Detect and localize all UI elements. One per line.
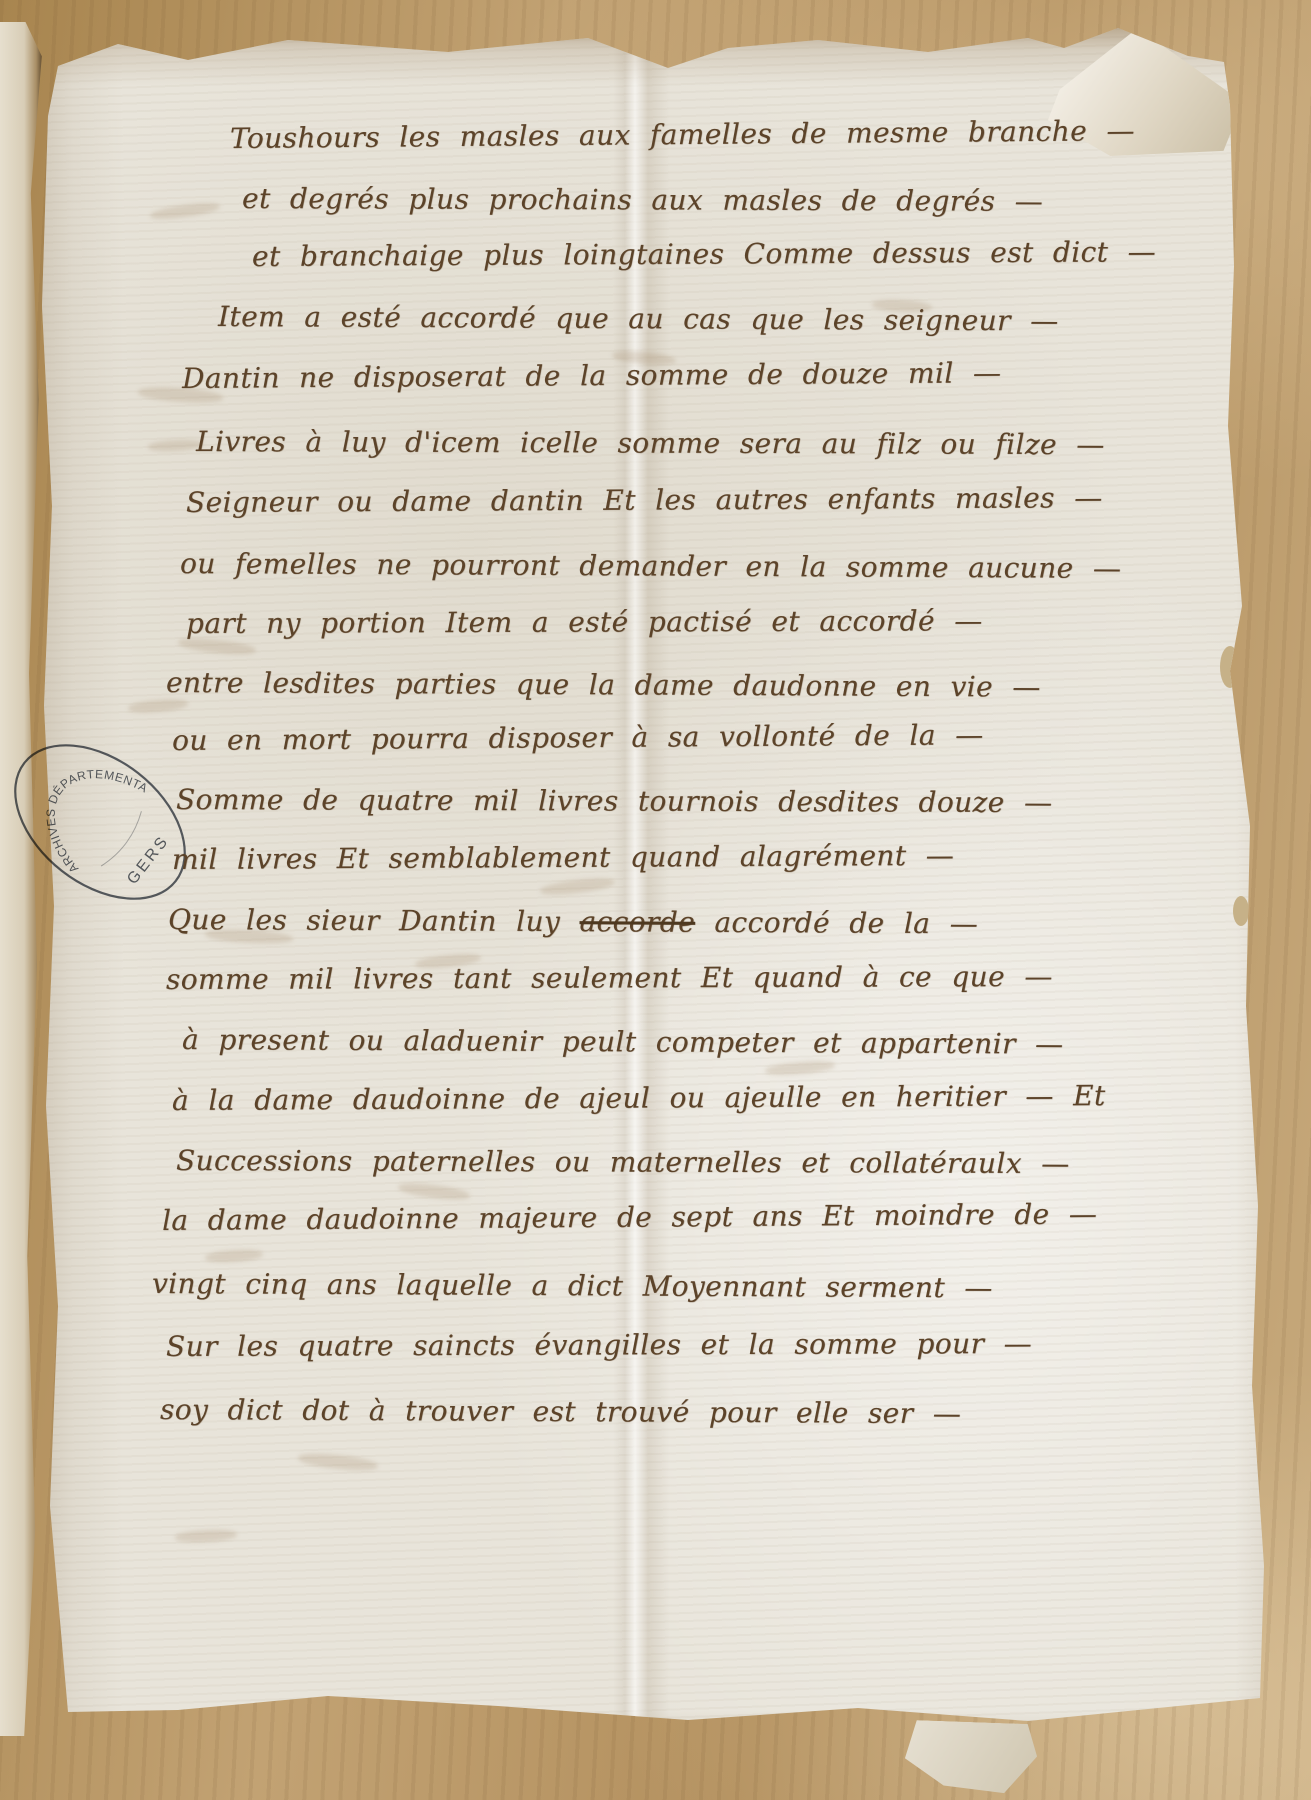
line-text: accordé de la — [695,906,978,940]
line-text: Seigneur ou dame dantin Et les autres en… [186,481,1103,519]
manuscript-line: mil livres Et semblablement quand alagré… [172,839,954,877]
manuscript-line: et branchaige plus loingtaines Comme des… [252,235,1156,273]
line-text: à present ou aladuenir peult competer et… [182,1023,1064,1061]
line-text: et branchaige plus loingtaines Comme des… [252,235,1156,273]
torn-edge-chip [1233,896,1249,926]
stamp-center-text: GERS [124,832,173,888]
line-text: entre lesdites parties que la dame daudo… [166,666,1041,704]
manuscript-line: Somme de quatre mil livres tournois desd… [176,783,1053,820]
line-text: à la dame daudoinne de ajeul ou ajeulle … [172,1079,1106,1117]
manuscript-line: à present ou aladuenir peult competer et… [182,1023,1064,1061]
line-text: ou femelles ne pourront demander en la s… [180,547,1121,585]
line-text: vingt cinq ans laquelle a dict Moyennant… [152,1267,993,1304]
line-text: soy dict dot à trouver est trouvé pour e… [160,1393,961,1430]
manuscript-line: somme mil livres tant seulement Et quand… [166,960,1053,997]
manuscript-line: ou en mort pourra disposer à sa vollonté… [172,718,984,757]
manuscript-line: Que les sieur Dantin luy accorde accordé… [168,903,978,941]
struck-word: accorde [579,905,695,939]
manuscript-line: et degrés plus prochains aux masles de d… [242,182,1043,218]
manuscript-line: Livres à luy d'icem icelle somme sera au… [196,425,1105,462]
line-text: Sur les quatre saincts évangilles et la … [166,1327,1032,1363]
manuscript-line: Sur les quatre saincts évangilles et la … [166,1327,1032,1364]
line-text: Item a esté accordé que au cas que les s… [218,300,1059,337]
line-text: ou en mort pourra disposer à sa vollonté… [172,718,984,757]
svg-text:ARCHIVES DÉPARTEMENTALES: ARCHIVES DÉPARTEMENTALES [15,736,152,881]
manuscript-line: Seigneur ou dame dantin Et les autres en… [186,481,1103,519]
line-text: somme mil livres tant seulement Et quand… [166,960,1053,996]
line-text: Livres à luy d'icem icelle somme sera au… [196,425,1105,461]
line-text: Somme de quatre mil livres tournois desd… [176,783,1053,819]
archive-stamp: ARCHIVES DÉPARTEMENTALES GERS [8,672,193,972]
manuscript-line: Successions paternelles ou maternelles e… [176,1144,1070,1181]
line-text: Toushours les masles aux famelles de mes… [230,114,1135,155]
manuscript-line: à la dame daudoinne de ajeul ou ajeulle … [172,1079,1106,1117]
manuscript-line: la dame daudoinne majeure de sept ans Et… [162,1197,1097,1237]
manuscript-page [28,26,1300,1758]
manuscript-line: entre lesdites parties que la dame daudo… [166,666,1041,704]
stamp-oval [8,714,193,930]
line-text: et degrés plus prochains aux masles de d… [242,182,1043,218]
manuscript-line: ou femelles ne pourront demander en la s… [180,547,1121,586]
stamp-arc-text: ARCHIVES DÉPARTEMENTALES [15,736,152,881]
line-text: la dame daudoinne majeure de sept ans Et… [162,1197,1097,1237]
manuscript-line: vingt cinq ans laquelle a dict Moyennant… [152,1267,993,1305]
manuscript-line: part ny portion Item a esté pactisé et a… [186,604,983,640]
line-text: Successions paternelles ou maternelles e… [176,1144,1070,1180]
line-text: part ny portion Item a esté pactisé et a… [186,604,983,640]
manuscript-line: soy dict dot à trouver est trouvé pour e… [160,1393,961,1431]
manuscript-line: Dantin ne disposerat de la somme de douz… [182,356,1002,395]
manuscript-line: Item a esté accordé que au cas que les s… [218,300,1059,338]
line-text: mil livres Et semblablement quand alagré… [172,839,954,876]
line-text: Dantin ne disposerat de la somme de douz… [182,356,1002,395]
line-text: Que les sieur Dantin luy [168,903,580,938]
